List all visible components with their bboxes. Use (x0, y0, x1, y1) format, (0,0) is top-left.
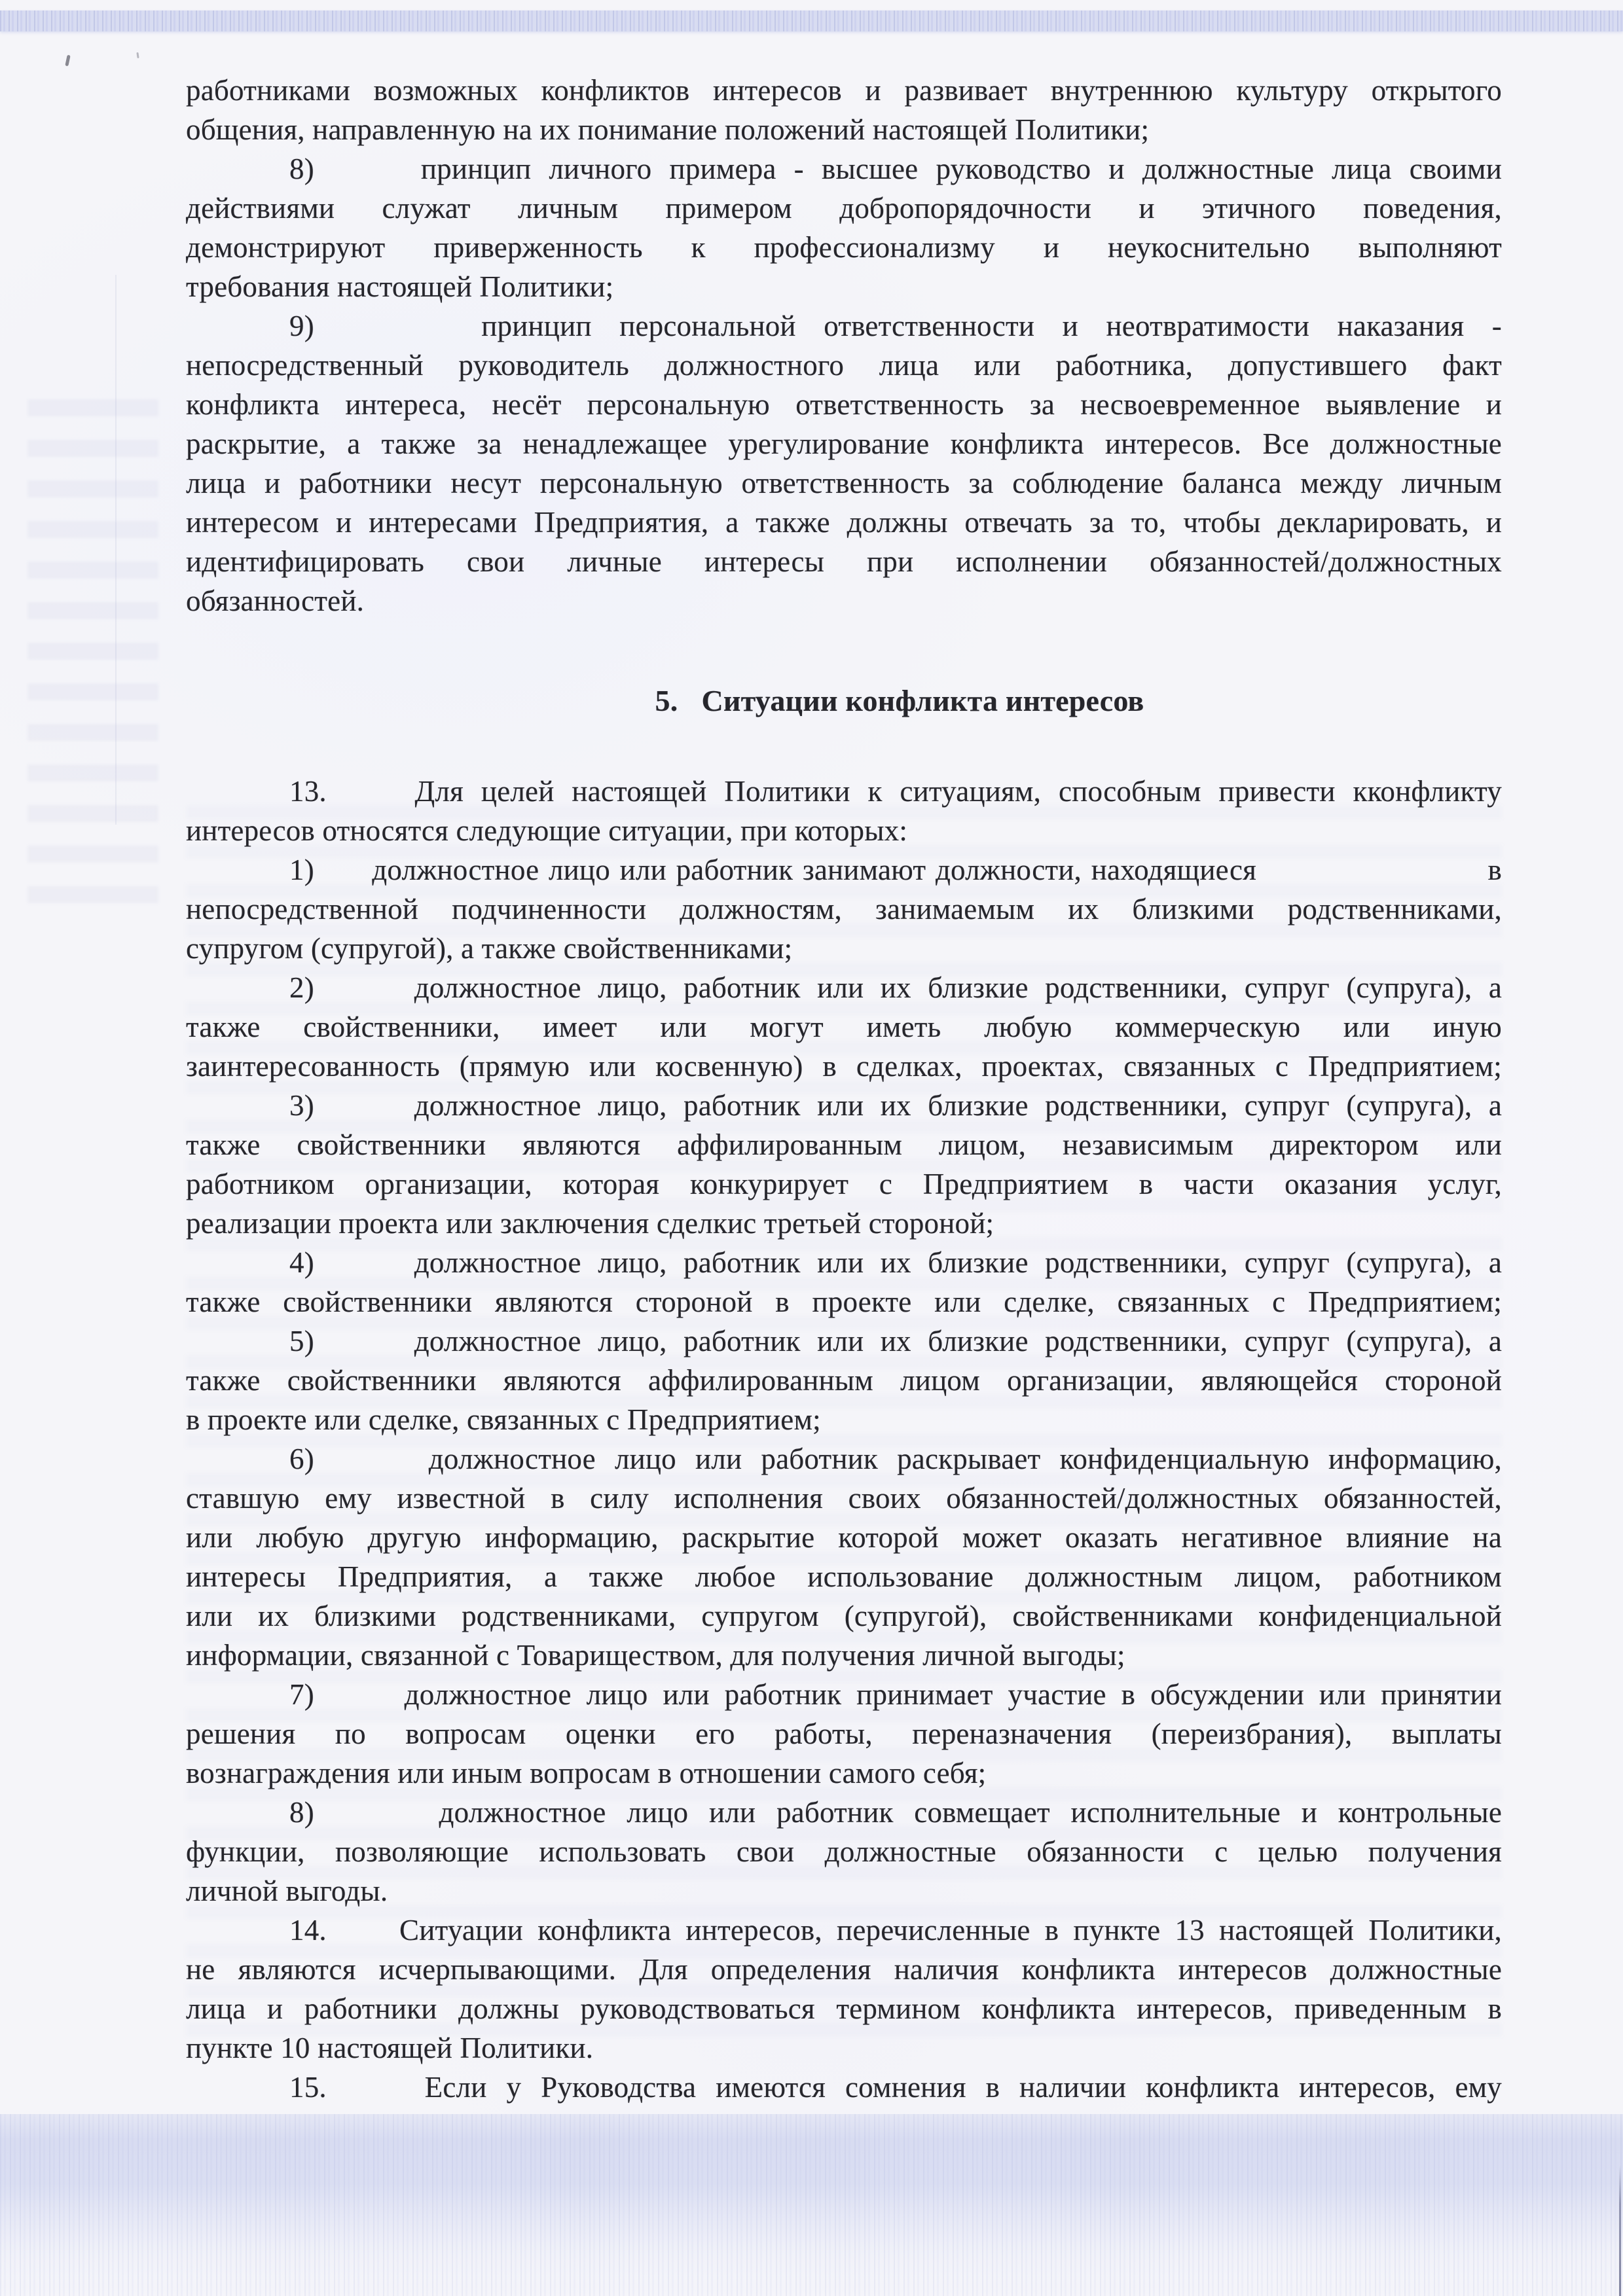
text-line: 8) должностное лицо или работник совмеща… (186, 1793, 1502, 1832)
text-line: лица и работники должны руководствоватьс… (186, 1989, 1502, 2028)
text-line: 14. Ситуации конфликта интересов, перечи… (186, 1910, 1502, 1950)
text-line: демонстрируют приверженность к профессио… (186, 228, 1502, 267)
text-line: не являются исчерпывающими. Для определе… (186, 1950, 1502, 1989)
text-line: работником организации, которая конкурир… (186, 1164, 1502, 1204)
text-line: интересом и интересами Предприятия, а та… (186, 503, 1502, 542)
text-line: работниками возможных конфликтов интерес… (186, 71, 1502, 110)
text-line: 13. Для целей настоящей Политики к ситуа… (186, 772, 1502, 811)
text-line: реализации проекта или заключения сделки… (186, 1204, 1502, 1243)
text-line: или любую другую информацию, раскрытие к… (186, 1518, 1502, 1557)
text-line: непосредственной подчиненности должностя… (186, 889, 1502, 929)
text-line: в проекте или сделке, связанных с Предпр… (186, 1400, 1502, 1439)
text-line: конфликта интереса, несёт персональную о… (186, 385, 1502, 424)
text-line: интересов относятся следующие ситуации, … (186, 811, 1502, 850)
text-line: личной выгоды. (186, 1871, 1502, 1910)
text-line: также свойственники, имеет или могут име… (186, 1007, 1502, 1047)
text-line: непосредственный руководитель должностно… (186, 346, 1502, 385)
document-body: работниками возможных конфликтов интерес… (186, 71, 1502, 2107)
section-number: 5. (655, 684, 678, 717)
scan-noise-band-top (0, 10, 1623, 31)
scan-noise-band-bottom (0, 2114, 1623, 2296)
text-line: раскрытие, а также за ненадлежащее урегу… (186, 424, 1502, 463)
text-line: пункте 10 настоящей Политики. (186, 2028, 1502, 2068)
document-section-after-heading: 13. Для целей настоящей Политики к ситуа… (186, 772, 1502, 2107)
text-line: также свойственники являются аффилирован… (186, 1361, 1502, 1400)
text-line: лица и работники несут персональную отве… (186, 463, 1502, 503)
text-line: 8) принцип личного примера - высшее руко… (186, 149, 1502, 188)
text-line: также свойственники являются стороной в … (186, 1282, 1502, 1321)
text-line: 2) должностное лицо, работник или их бли… (186, 968, 1502, 1007)
text-line: 1) должностное лицо или работник занимаю… (186, 850, 1502, 889)
text-line: 7) должностное лицо или работник принима… (186, 1675, 1502, 1714)
scan-speck (136, 52, 139, 58)
scanned-document-page: работниками возможных конфликтов интерес… (0, 0, 1623, 2296)
text-line: 3) должностное лицо, работник или их бли… (186, 1086, 1502, 1125)
text-line: 5) должностное лицо, работник или их бли… (186, 1321, 1502, 1361)
text-line: требования настоящей Политики; (186, 267, 1502, 306)
text-line: 4) должностное лицо, работник или их бли… (186, 1243, 1502, 1282)
text-line: 6) должностное лицо или работник раскрыв… (186, 1439, 1502, 1479)
scan-edge-line (1619, 2165, 1621, 2296)
text-line: или их близкими родственниками, супругом… (186, 1596, 1502, 1636)
text-line: информации, связанной с Товариществом, д… (186, 1636, 1502, 1675)
text-line: также свойственники являются аффилирован… (186, 1125, 1502, 1164)
text-line: заинтересованность (прямую или косвенную… (186, 1047, 1502, 1086)
text-line: 9) принцип персональной ответственности … (186, 306, 1502, 346)
text-line: функции, позволяющие использовать свои д… (186, 1832, 1502, 1871)
text-line: ставшую ему известной в силу исполнения … (186, 1479, 1502, 1518)
text-line: вознаграждения или иным вопросам в отнош… (186, 1753, 1502, 1793)
bleed-through-ghost-left (27, 399, 158, 910)
text-line: общения, направленную на их понимание по… (186, 110, 1502, 149)
text-line: идентифицировать свои личные интересы пр… (186, 542, 1502, 581)
text-line: действиями служат личным примером доброп… (186, 188, 1502, 228)
text-line: интересы Предприятия, а также любое испо… (186, 1557, 1502, 1596)
document-section-before-heading: работниками возможных конфликтов интерес… (186, 71, 1502, 620)
section-heading: 5.Ситуации конфликта интересов (242, 681, 1558, 721)
text-line: супругом (супругой), а также свойственни… (186, 929, 1502, 968)
text-line: обязанностей. (186, 581, 1502, 620)
scan-faint-vertical-line (115, 275, 117, 825)
text-line: 15. Если у Руководства имеются сомнения … (186, 2068, 1502, 2107)
section-title: Ситуации конфликта интересов (701, 684, 1144, 717)
scan-speck (65, 55, 70, 67)
text-line: решения по вопросам оценки его работы, п… (186, 1714, 1502, 1753)
